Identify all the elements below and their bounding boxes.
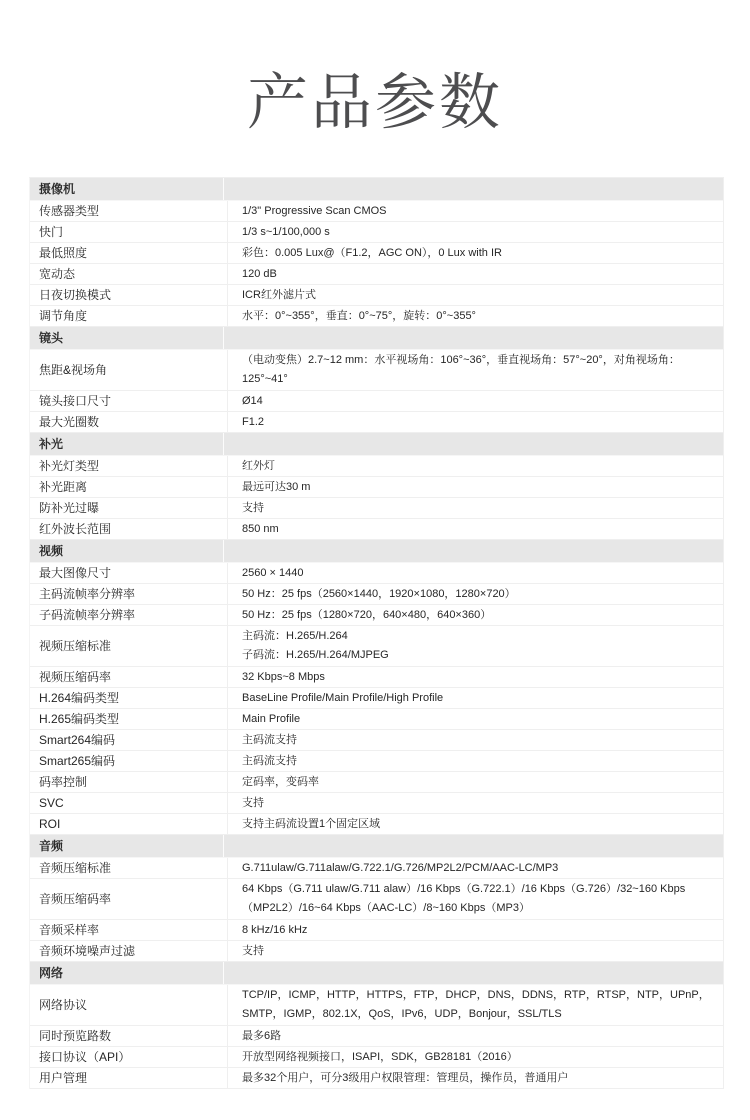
spec-label: 焦距&视场角	[30, 350, 227, 390]
spec-label: 调节角度	[30, 306, 227, 326]
spec-label: ROI	[30, 814, 227, 834]
spec-row: 镜头接口尺寸Ø14	[30, 391, 723, 412]
spec-value-line: 定码率，变码率	[242, 773, 715, 791]
spec-value: 最多6路	[227, 1026, 723, 1046]
spec-label: SVC	[30, 793, 227, 813]
spec-value-line: 8 kHz/16 kHz	[242, 921, 715, 939]
spec-label: Smart264编码	[30, 730, 227, 750]
spec-row: 视频压缩标准主码流：H.265/H.264子码流：H.265/H.264/MJP…	[30, 626, 723, 667]
section-header-label: 网络	[30, 962, 223, 984]
spec-label: 最大光圈数	[30, 412, 227, 432]
spec-value-line: 1/3 s~1/100,000 s	[242, 223, 715, 241]
spec-value: 50 Hz：25 fps（1280×720，640×480，640×360）	[227, 605, 723, 625]
spec-row: 码率控制定码率，变码率	[30, 772, 723, 793]
spec-value: 主码流支持	[227, 751, 723, 771]
spec-label: 音频压缩码率	[30, 879, 227, 919]
spec-label: 码率控制	[30, 772, 227, 792]
spec-label: 快门	[30, 222, 227, 242]
spec-row: 视频压缩码率32 Kbps~8 Mbps	[30, 667, 723, 688]
section-header-spacer	[223, 540, 723, 562]
spec-value-line: 主码流支持	[242, 752, 715, 770]
spec-value: 1/3 s~1/100,000 s	[227, 222, 723, 242]
spec-value: 64 Kbps（G.711 ulaw/G.711 alaw）/16 Kbps（G…	[227, 879, 723, 919]
spec-value-line: 2560 × 1440	[242, 564, 715, 582]
spec-row: Smart265编码主码流支持	[30, 751, 723, 772]
section-header-spacer	[223, 327, 723, 349]
spec-value-line: 120 dB	[242, 265, 715, 283]
spec-label: 接口协议（API）	[30, 1047, 227, 1067]
spec-value-line: ICR红外滤片式	[242, 286, 715, 304]
section-header-spacer	[223, 835, 723, 857]
spec-row: H.264编码类型BaseLine Profile/Main Profile/H…	[30, 688, 723, 709]
spec-value-line: 64 Kbps（G.711 ulaw/G.711 alaw）/16 Kbps（G…	[242, 880, 715, 899]
spec-label: 最低照度	[30, 243, 227, 263]
spec-value-line: Main Profile	[242, 710, 715, 728]
spec-row: H.265编码类型Main Profile	[30, 709, 723, 730]
spec-label: 视频压缩码率	[30, 667, 227, 687]
spec-value-line: 红外灯	[242, 457, 715, 475]
spec-value: ICR红外滤片式	[227, 285, 723, 305]
spec-label: 音频压缩标准	[30, 858, 227, 878]
spec-value: 1/3" Progressive Scan CMOS	[227, 201, 723, 221]
spec-table: 摄像机传感器类型1/3" Progressive Scan CMOS快门1/3 …	[29, 177, 724, 1089]
spec-value-line: （MP2L2）/16~64 Kbps（AAC-LC）/8~160 Kbps（MP…	[242, 899, 715, 918]
spec-value-line: 最远可达30 m	[242, 478, 715, 496]
spec-label: 子码流帧率分辨率	[30, 605, 227, 625]
spec-row: 音频环境噪声过滤支持	[30, 941, 723, 962]
spec-row: 最大光圈数F1.2	[30, 412, 723, 433]
spec-value: 最多32个用户，可分3级用户权限管理：管理员，操作员，普通用户	[227, 1068, 723, 1088]
section-header-label: 音频	[30, 835, 223, 857]
spec-label: 主码流帧率分辨率	[30, 584, 227, 604]
spec-value-line: 最多32个用户，可分3级用户权限管理：管理员，操作员，普通用户	[242, 1069, 715, 1087]
spec-row: 同时预览路数最多6路	[30, 1026, 723, 1047]
spec-value-line: 开放型网络视频接口，ISAPI，SDK，GB28181（2016）	[242, 1048, 715, 1066]
spec-value-line: Ø14	[242, 392, 715, 410]
spec-label: 日夜切换模式	[30, 285, 227, 305]
spec-row: 红外波长范围850 nm	[30, 519, 723, 540]
spec-row: 焦距&视场角（电动变焦）2.7~12 mm：水平视场角：106°~36°，垂直视…	[30, 350, 723, 391]
spec-value: 8 kHz/16 kHz	[227, 920, 723, 940]
spec-value-line: 子码流：H.265/H.264/MJPEG	[242, 646, 715, 665]
spec-row: 音频采样率8 kHz/16 kHz	[30, 920, 723, 941]
spec-value: 2560 × 1440	[227, 563, 723, 583]
spec-value-line: SMTP，IGMP，802.1X，QoS，IPv6，UDP，Bonjour，SS…	[242, 1005, 715, 1024]
spec-row: 宽动态120 dB	[30, 264, 723, 285]
spec-value-line: 水平：0°~355°，垂直：0°~75°，旋转：0°~355°	[242, 307, 715, 325]
spec-value: （电动变焦）2.7~12 mm：水平视场角：106°~36°，垂直视场角：57°…	[227, 350, 723, 390]
spec-label: 最大图像尺寸	[30, 563, 227, 583]
spec-value: 50 Hz：25 fps（2560×1440，1920×1080，1280×72…	[227, 584, 723, 604]
spec-value: F1.2	[227, 412, 723, 432]
product-spec-page: 产品参数 摄像机传感器类型1/3" Progressive Scan CMOS快…	[0, 0, 750, 1120]
spec-value-line: 支持	[242, 942, 715, 960]
spec-label: 补光灯类型	[30, 456, 227, 476]
spec-value: 支持	[227, 941, 723, 961]
spec-label: 防补光过曝	[30, 498, 227, 518]
spec-value-line: （电动变焦）2.7~12 mm：水平视场角：106°~36°，垂直视场角：57°…	[242, 351, 715, 370]
section-header-row: 音频	[30, 835, 723, 858]
spec-row: 防补光过曝支持	[30, 498, 723, 519]
section-header-row: 镜头	[30, 327, 723, 350]
spec-value: 32 Kbps~8 Mbps	[227, 667, 723, 687]
spec-value: 水平：0°~355°，垂直：0°~75°，旋转：0°~355°	[227, 306, 723, 326]
spec-label: 视频压缩标准	[30, 626, 227, 666]
spec-value-line: 主码流：H.265/H.264	[242, 627, 715, 646]
section-header-spacer	[223, 962, 723, 984]
spec-label: 红外波长范围	[30, 519, 227, 539]
spec-value-line: TCP/IP，ICMP，HTTP，HTTPS，FTP，DHCP，DNS，DDNS…	[242, 986, 715, 1005]
spec-value: 850 nm	[227, 519, 723, 539]
spec-row: 音频压缩标准G.711ulaw/G.711alaw/G.722.1/G.726/…	[30, 858, 723, 879]
spec-value: 120 dB	[227, 264, 723, 284]
spec-value: TCP/IP，ICMP，HTTP，HTTPS，FTP，DHCP，DNS，DDNS…	[227, 985, 723, 1025]
spec-row: 网络协议TCP/IP，ICMP，HTTP，HTTPS，FTP，DHCP，DNS，…	[30, 985, 723, 1026]
spec-row: 主码流帧率分辨率50 Hz：25 fps（2560×1440，1920×1080…	[30, 584, 723, 605]
section-header-row: 摄像机	[30, 178, 723, 201]
spec-value: 彩色：0.005 Lux@（F1.2，AGC ON），0 Lux with IR	[227, 243, 723, 263]
spec-label: 镜头接口尺寸	[30, 391, 227, 411]
spec-row: 用户管理最多32个用户，可分3级用户权限管理：管理员，操作员，普通用户	[30, 1068, 723, 1089]
spec-row: ROI支持主码流设置1个固定区域	[30, 814, 723, 835]
spec-label: 传感器类型	[30, 201, 227, 221]
spec-label: 音频环境噪声过滤	[30, 941, 227, 961]
spec-row: 日夜切换模式ICR红外滤片式	[30, 285, 723, 306]
spec-row: SVC支持	[30, 793, 723, 814]
page-title: 产品参数	[0, 0, 750, 141]
spec-value-line: F1.2	[242, 413, 715, 431]
spec-row: 最低照度彩色：0.005 Lux@（F1.2，AGC ON），0 Lux wit…	[30, 243, 723, 264]
section-header-row: 网络	[30, 962, 723, 985]
spec-value: 定码率，变码率	[227, 772, 723, 792]
spec-value-line: 50 Hz：25 fps（2560×1440，1920×1080，1280×72…	[242, 585, 715, 603]
section-header-label: 摄像机	[30, 178, 223, 200]
spec-value: G.711ulaw/G.711alaw/G.722.1/G.726/MP2L2/…	[227, 858, 723, 878]
spec-value-line: BaseLine Profile/Main Profile/High Profi…	[242, 689, 715, 707]
spec-value-line: 850 nm	[242, 520, 715, 538]
section-header-row: 视频	[30, 540, 723, 563]
spec-row: Smart264编码主码流支持	[30, 730, 723, 751]
spec-row: 快门1/3 s~1/100,000 s	[30, 222, 723, 243]
spec-value: 支持	[227, 498, 723, 518]
section-header-spacer	[223, 433, 723, 455]
spec-row: 传感器类型1/3" Progressive Scan CMOS	[30, 201, 723, 222]
spec-row: 音频压缩码率64 Kbps（G.711 ulaw/G.711 alaw）/16 …	[30, 879, 723, 920]
spec-value-line: 50 Hz：25 fps（1280×720，640×480，640×360）	[242, 606, 715, 624]
section-header-label: 补光	[30, 433, 223, 455]
spec-value-line: 125°~41°	[242, 370, 715, 389]
spec-label: 宽动态	[30, 264, 227, 284]
spec-row: 子码流帧率分辨率50 Hz：25 fps（1280×720，640×480，64…	[30, 605, 723, 626]
spec-value-line: 最多6路	[242, 1027, 715, 1045]
spec-label: 补光距离	[30, 477, 227, 497]
spec-label: Smart265编码	[30, 751, 227, 771]
section-header-label: 镜头	[30, 327, 223, 349]
spec-value: Main Profile	[227, 709, 723, 729]
spec-value: 支持主码流设置1个固定区域	[227, 814, 723, 834]
spec-value: BaseLine Profile/Main Profile/High Profi…	[227, 688, 723, 708]
spec-row: 补光灯类型红外灯	[30, 456, 723, 477]
spec-value: 最远可达30 m	[227, 477, 723, 497]
spec-value: 支持	[227, 793, 723, 813]
spec-value: 主码流：H.265/H.264子码流：H.265/H.264/MJPEG	[227, 626, 723, 666]
spec-row: 调节角度水平：0°~355°，垂直：0°~75°，旋转：0°~355°	[30, 306, 723, 327]
spec-label: 网络协议	[30, 985, 227, 1025]
spec-value: 主码流支持	[227, 730, 723, 750]
spec-row: 最大图像尺寸2560 × 1440	[30, 563, 723, 584]
spec-value-line: 1/3" Progressive Scan CMOS	[242, 202, 715, 220]
spec-label: H.264编码类型	[30, 688, 227, 708]
spec-value-line: G.711ulaw/G.711alaw/G.722.1/G.726/MP2L2/…	[242, 859, 715, 877]
spec-value-line: 支持	[242, 499, 715, 517]
spec-value-line: 支持	[242, 794, 715, 812]
spec-label: 同时预览路数	[30, 1026, 227, 1046]
spec-value: 开放型网络视频接口，ISAPI，SDK，GB28181（2016）	[227, 1047, 723, 1067]
spec-label: 用户管理	[30, 1068, 227, 1088]
spec-value-line: 支持主码流设置1个固定区域	[242, 815, 715, 833]
spec-row: 接口协议（API）开放型网络视频接口，ISAPI，SDK，GB28181（201…	[30, 1047, 723, 1068]
spec-value: Ø14	[227, 391, 723, 411]
section-header-label: 视频	[30, 540, 223, 562]
spec-label: H.265编码类型	[30, 709, 227, 729]
spec-value-line: 主码流支持	[242, 731, 715, 749]
section-header-spacer	[223, 178, 723, 200]
spec-row: 补光距离最远可达30 m	[30, 477, 723, 498]
spec-value-line: 彩色：0.005 Lux@（F1.2，AGC ON），0 Lux with IR	[242, 244, 715, 262]
spec-label: 音频采样率	[30, 920, 227, 940]
spec-value-line: 32 Kbps~8 Mbps	[242, 668, 715, 686]
spec-value: 红外灯	[227, 456, 723, 476]
section-header-row: 补光	[30, 433, 723, 456]
